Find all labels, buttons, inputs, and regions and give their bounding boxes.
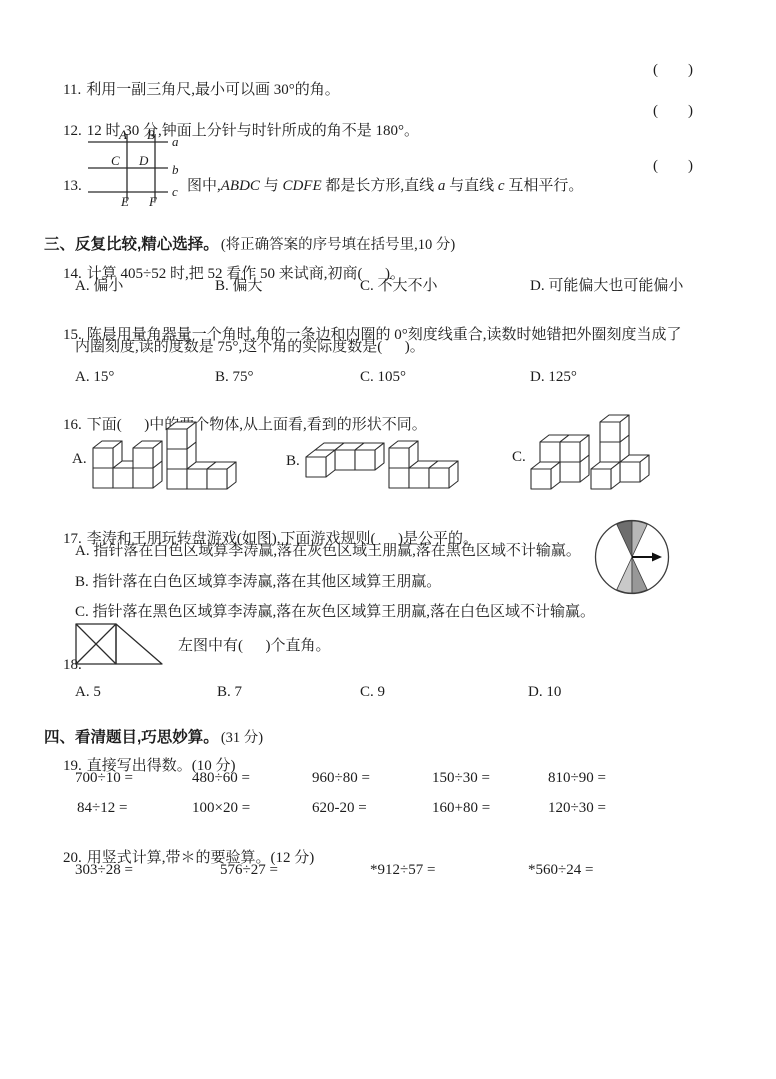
point-label-C: C [111,153,120,168]
q17-option-c: C. 指针落在黑色区域算李涛赢,落在灰色区域算王朋赢,落在白色区域不计输赢。 [75,603,595,622]
point-label-D: D [138,153,149,168]
q18-option-d: D. 10 [528,683,561,702]
q15-option-c: C. 105° [360,368,406,387]
question-18-text: 左图中有( )个直角。 [178,637,331,656]
q13-part-italic: c [498,178,505,194]
square-triangle-diagram [75,622,167,668]
q17-option-a: A. 指针落在白色区域算李涛赢,落在灰色区域王朋赢,落在黑色区域不计输赢。 [75,542,581,561]
q15-option-b: B. 75° [215,368,254,387]
q15-option-a: A. 15° [75,368,114,387]
q18-option-c: C. 9 [360,683,385,702]
q19-expression: 84÷12 = [77,799,127,818]
answer-bracket-11: ( ) [653,62,693,79]
q20-expression: *560÷24 = [528,861,593,880]
point-label-F: F [148,194,158,209]
q19-expression: 960÷80 = [312,769,370,788]
cube-figure-c2 [590,414,651,491]
cube-figure-c1 [530,434,591,491]
question-16-number: 16. [63,417,82,433]
q16-label-c: C. [512,448,526,467]
cube-figure-b1 [305,442,386,479]
q16-label-b: B. [286,452,300,471]
q18-option-a: A. 5 [75,683,101,702]
q13-part-italic: ABDC [221,178,260,194]
q14-option-a: A. 偏小 [75,277,123,296]
q20-expression: *912÷57 = [370,861,435,880]
answer-bracket-12: ( ) [653,103,693,120]
question-12-number: 12. [63,123,82,139]
point-label-E: E [120,194,129,209]
q16-label-a: A. [72,450,87,469]
cube-figure-a1 [92,440,164,490]
q19-expression: 120÷30 = [548,799,606,818]
q14-option-d: D. 可能偏大也可能偏小 [530,277,683,296]
q13-part: 互相平行。 [505,178,584,194]
answer-bracket-13: ( ) [653,158,693,175]
spinner-diagram [592,518,672,598]
question-15-text-line2: 内圈刻度,读的度数是 75°,这个角的实际度数是( )。 [75,338,425,357]
q20-expression: 303÷28 = [75,861,133,880]
q17-option-b: B. 指针落在白色区域算李涛赢,落在其他区域算王朋赢。 [75,573,441,592]
q13-part: 都是长方形,直线 [322,178,438,194]
q19-expression: 160+80 = [432,799,490,818]
q14-option-c: C. 不大不小 [360,277,438,296]
q18-option-b: B. 7 [217,683,242,702]
q13-part: 与 [260,178,283,194]
cube-figure-b2 [388,440,460,490]
q13-part: 与直线 [445,178,498,194]
question-13-number-wrap: 13. [48,158,87,215]
question-16-text: 下面( )中的两个物体,从上面看,看到的形状不同。 [87,417,427,433]
q19-expression: 810÷90 = [548,769,606,788]
q19-expression: 620-20 = [312,799,367,818]
q15-option-d: D. 125° [530,368,577,387]
point-label-B: B [147,128,155,142]
cube-figure-a2 [166,421,238,491]
q13-part: 图中, [187,178,221,194]
question-13-number: 13. [63,178,82,194]
q19-expression: 100×20 = [192,799,250,818]
q19-expression: 700÷10 = [75,769,133,788]
point-label-A: A [118,128,127,142]
q19-expression: 150÷30 = [432,769,490,788]
q14-option-b: B. 偏大 [215,277,263,296]
question-11-text: 利用一副三角尺,最小可以画 30°的角。 [86,82,340,98]
line-label-a: a [172,134,179,149]
question-11-number: 11. [63,82,81,98]
q19-expression: 480÷60 = [192,769,250,788]
q13-part-italic: CDFE [282,178,321,194]
exam-page: 11.利用一副三角尺,最小可以画 30°的角。 ( ) 12.12 时 30 分… [0,0,776,1079]
q20-expression: 576÷27 = [220,861,278,880]
question-13-text: 图中,ABDC 与 CDFE 都是长方形,直线 a 与直线 c 互相平行。 [172,158,583,215]
